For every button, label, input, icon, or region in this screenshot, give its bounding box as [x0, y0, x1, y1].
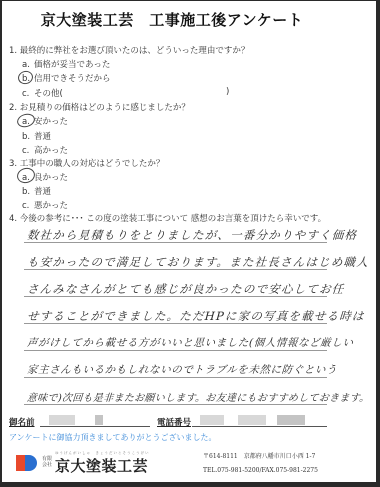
- ruled-line: [24, 296, 327, 297]
- ruled-line: [24, 242, 327, 243]
- ruled-line: [24, 269, 327, 270]
- company-contact: TEL.075-981-5200/FAX.075-981-2275: [203, 467, 318, 474]
- name-redacted: [49, 415, 75, 425]
- handwritten-line-1: 数社から見積もりをとりましたが、一番分かりやすく価格: [26, 227, 357, 243]
- survey-sheet: 京大塗装工芸 工事施工後アンケート 1. 最終的に弊社をお選び頂いたのは、どうい…: [2, 1, 376, 482]
- survey-title: 京大塗装工芸 工事施工後アンケート: [2, 9, 342, 30]
- q1-option-c: c.その他(: [22, 87, 63, 99]
- phone-redacted: [277, 415, 305, 425]
- q2-option-b: b.普通: [22, 130, 51, 142]
- phone-redacted: [200, 415, 224, 425]
- ruled-line: [24, 404, 327, 405]
- name-field-line: [40, 426, 150, 427]
- ruled-line: [24, 323, 327, 324]
- handwritten-line-6: 家主さんもいるかもしれないのでトラブルを未然に防ぐという: [26, 362, 337, 377]
- q2-option-c: c.高かった: [22, 144, 68, 156]
- q3-option-b: b.普通: [22, 185, 51, 197]
- logo-d-shape: [25, 455, 37, 471]
- name-redacted: [95, 415, 103, 425]
- company-name: 京大塗装工芸: [55, 455, 148, 476]
- name-label: 御名前: [9, 416, 35, 428]
- handwritten-line-2: も安かったので満足しております。また社長さんはじめ職人: [26, 254, 369, 270]
- company-address: 〒614-8111 京都府八幡市川口小西 1-7: [203, 451, 315, 460]
- ruled-line: [24, 350, 327, 351]
- handwritten-line-5: 声がけしてから載せる方がいいと思いました(個人情報など厳しい: [26, 335, 354, 350]
- q1-other-close-paren: ): [226, 87, 229, 97]
- question-2: 2. お見積りの価格はどのように感じましたか？: [9, 101, 190, 113]
- phone-label: 電話番号: [157, 416, 191, 428]
- q1-option-a: a.価格が妥当であった: [22, 58, 110, 70]
- question-3: 3. 工事中の職人の対応はどうでしたか？: [9, 157, 164, 169]
- ruled-line: [24, 377, 327, 378]
- handwritten-line-3: さんみなさんがとても感じが良かったので安心してお任: [26, 281, 345, 297]
- handwritten-line-7: 意味で)次回も是非またお願いします。お友達にもおすすめしておきます。: [26, 389, 370, 404]
- q1-option-b: b.信用できそうだから: [22, 72, 111, 84]
- handwritten-line-4: せすることができました。ただHPに家の写真を載せる時は: [26, 308, 365, 324]
- question-1: 1. 最終的に弊社をお選び頂いたのは、どういった理由ですか？: [9, 44, 249, 56]
- company-type: 有限会社: [42, 456, 52, 468]
- thanks-message: アンケートに御協力頂きましてありがとうございました。: [9, 432, 217, 443]
- question-4: 4. 今後の参考に･･･ この度の塗装工事について 感想のお言葉を頂けたら幸いで…: [9, 212, 326, 224]
- phone-field-line: [192, 426, 327, 427]
- phone-redacted: [238, 415, 266, 425]
- q3-option-c: c.悪かった: [22, 199, 68, 211]
